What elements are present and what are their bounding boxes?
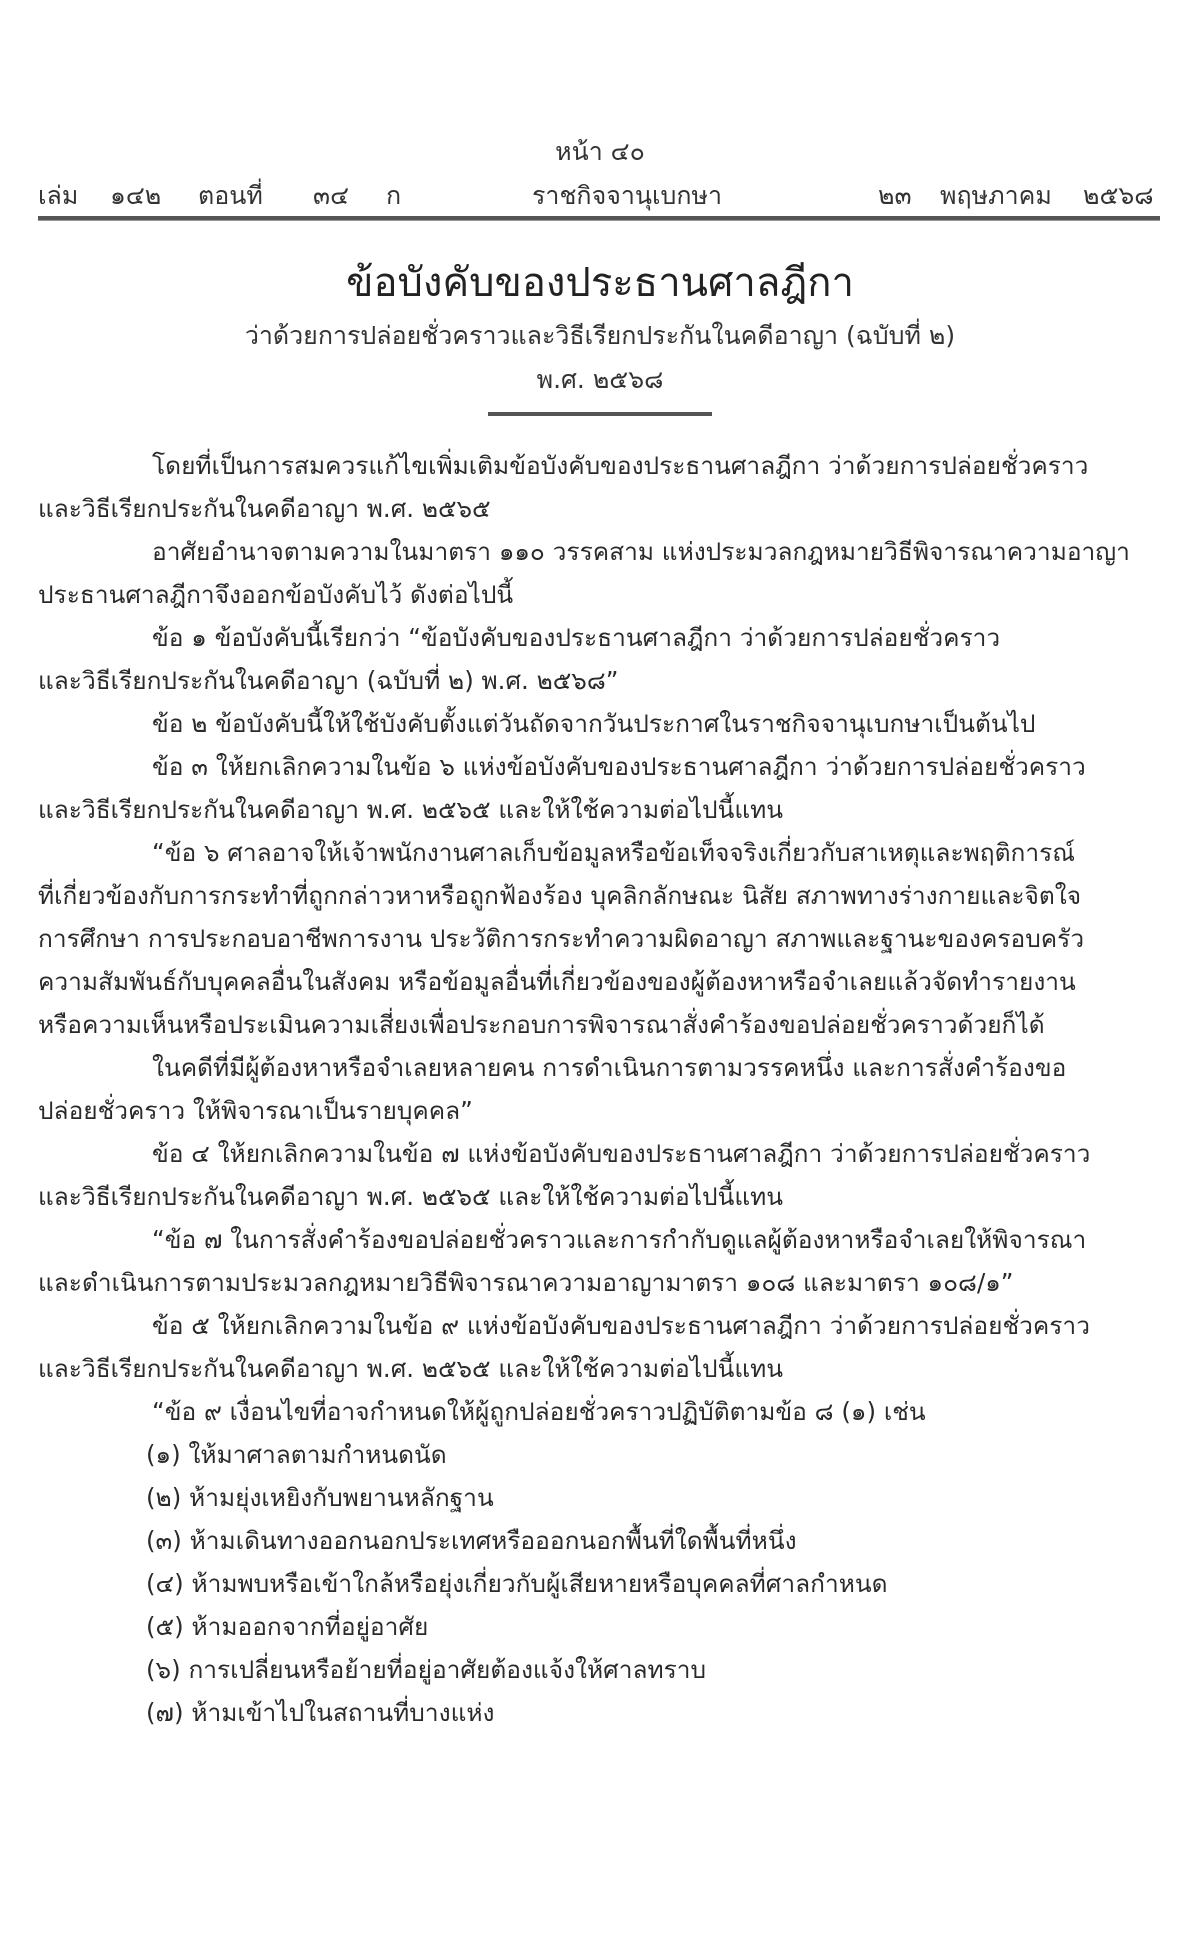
condition-item: (๗) ห้ามเข้าไปในสถานที่บางแห่ง <box>146 1693 494 1732</box>
clause-1-line: และวิธีเรียกประกันในคดีอาญา (ฉบับที่ ๒) … <box>38 661 618 700</box>
document-title: ข้อบังคับของประธานศาลฎีกา <box>0 250 1200 314</box>
condition-item: (๓) ห้ามเดินทางออกนอกประเทศหรือออกนอกพื้… <box>146 1521 797 1560</box>
condition-item: (๒) ห้ามยุ่งเหยิงกับพยานหลักฐาน <box>146 1478 494 1517</box>
issue-number: ๓๔ <box>313 176 349 216</box>
paragraph-line: ประธานศาลฎีกาจึงออกข้อบังคับไว้ ดังต่อไป… <box>38 575 513 614</box>
amended-clause-6-line: ความสัมพันธ์กับบุคคลอื่นในสังคม หรือข้อม… <box>38 962 1076 1001</box>
amended-clause-6-line: ที่เกี่ยวข้องกับการกระทำที่ถูกกล่าวหาหรื… <box>38 876 1081 915</box>
amended-clause-7-line: และดำเนินการตามประมวลกฎหมายวิธีพิจารณาคว… <box>38 1263 1013 1302</box>
document-year: พ.ศ. ๒๕๖๘ <box>0 360 1200 400</box>
clause-5-line: ข้อ ๕ ให้ยกเลิกความในข้อ ๙ แห่งข้อบังคับ… <box>152 1306 1090 1345</box>
amended-clause-6-line: การศึกษา การประกอบอาชีพการงาน ประวัติการ… <box>38 919 1084 958</box>
paragraph-line: อาศัยอำนาจตามความในมาตรา ๑๑๐ วรรคสาม แห่… <box>152 532 1130 571</box>
gazette-page: หน้า ๔๐ เล่ม ๑๔๒ ตอนที่ ๓๔ ก ราชกิจจานุเ… <box>0 0 1200 1957</box>
title-divider <box>488 412 712 416</box>
clause-1-line: ข้อ ๑ ข้อบังคับนี้เรียกว่า “ข้อบังคับของ… <box>152 618 1000 657</box>
clause-4-line: และวิธีเรียกประกันในคดีอาญา พ.ศ. ๒๕๖๕ แล… <box>38 1177 783 1216</box>
condition-item: (๕) ห้ามออกจากที่อยู่อาศัย <box>146 1607 428 1646</box>
clause-3-line: และวิธีเรียกประกันในคดีอาญา พ.ศ. ๒๕๖๕ แล… <box>38 790 783 829</box>
amended-clause-7-line: “ข้อ ๗ ในการสั่งคำร้องขอปล่อยชั่วคราวและ… <box>152 1220 1086 1259</box>
volume-label: เล่ม <box>38 176 78 216</box>
amended-clause-6-line: ในคดีที่มีผู้ต้องหาหรือจำเลยหลายคน การดำ… <box>152 1048 1066 1087</box>
volume-number: ๑๔๒ <box>110 176 161 216</box>
paragraph-line: และวิธีเรียกประกันในคดีอาญา พ.ศ. ๒๕๖๕ <box>38 489 491 528</box>
section-letter: ก <box>386 176 401 216</box>
header-divider <box>38 216 1160 221</box>
amended-clause-6-line: ปล่อยชั่วคราว ให้พิจารณาเป็นรายบุคคล” <box>38 1091 473 1130</box>
clause-2-line: ข้อ ๒ ข้อบังคับนี้ให้ใช้บังคับตั้งแต่วัน… <box>152 704 1035 743</box>
clause-5-line: และวิธีเรียกประกันในคดีอาญา พ.ศ. ๒๕๖๕ แล… <box>38 1349 783 1388</box>
document-subtitle: ว่าด้วยการปล่อยชั่วคราวและวิธีเรียกประกั… <box>0 316 1200 356</box>
date-month: พฤษภาคม <box>940 176 1052 216</box>
gazette-name: ราชกิจจานุเบกษา <box>532 176 722 216</box>
condition-item: (๑) ให้มาศาลตามกำหนดนัด <box>146 1435 447 1474</box>
amended-clause-6-line: หรือความเห็นหรือประเมินความเสี่ยงเพื่อปร… <box>38 1005 1045 1044</box>
clause-4-line: ข้อ ๔ ให้ยกเลิกความในข้อ ๗ แห่งข้อบังคับ… <box>152 1134 1090 1173</box>
condition-item: (๖) การเปลี่ยนหรือย้ายที่อยู่อาศัยต้องแจ… <box>146 1650 706 1689</box>
gazette-header: เล่ม ๑๔๒ ตอนที่ ๓๔ ก ราชกิจจานุเบกษา ๒๓ … <box>38 176 1160 210</box>
paragraph-line: โดยที่เป็นการสมควรแก้ไขเพิ่มเติมข้อบังคั… <box>152 446 1088 485</box>
amended-clause-9-line: “ข้อ ๙ เงื่อนไขที่อาจกำหนดให้ผู้ถูกปล่อย… <box>152 1392 926 1431</box>
date-year: ๒๕๖๘ <box>1083 176 1154 216</box>
date-day: ๒๓ <box>878 176 912 216</box>
amended-clause-6-line: “ข้อ ๖ ศาลอาจให้เจ้าพนักงานศาลเก็บข้อมูล… <box>152 833 1075 872</box>
clause-3-line: ข้อ ๓ ให้ยกเลิกความในข้อ ๖ แห่งข้อบังคับ… <box>152 747 1086 786</box>
issue-label: ตอนที่ <box>198 176 263 216</box>
condition-item: (๔) ห้ามพบหรือเข้าใกล้หรือยุ่งเกี่ยวกับผ… <box>146 1564 888 1603</box>
page-number: หน้า ๔๐ <box>0 132 1200 172</box>
